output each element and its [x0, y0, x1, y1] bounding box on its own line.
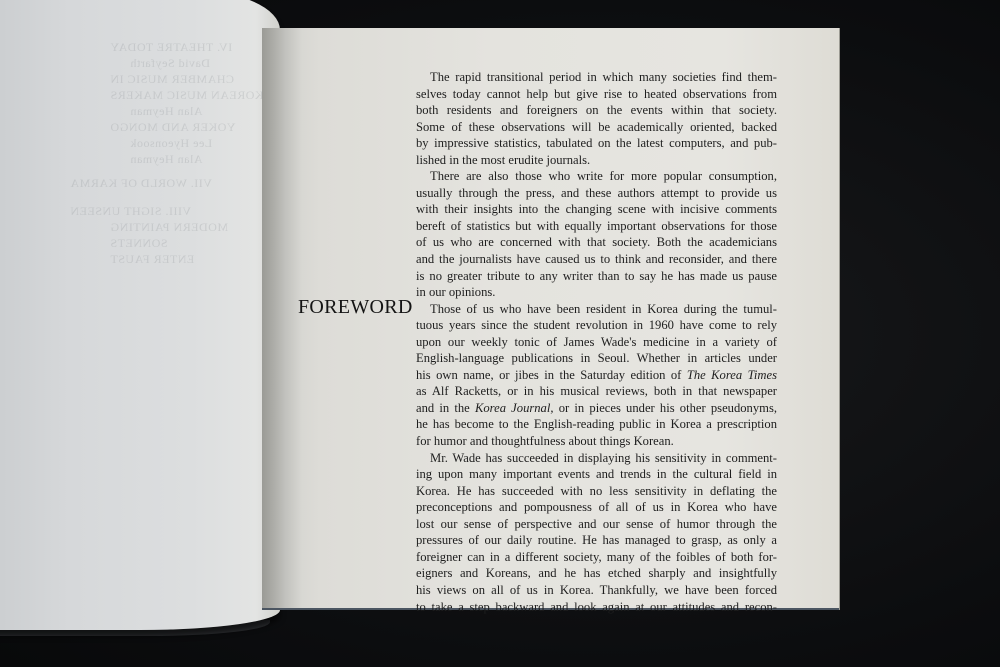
show-through-line: Alan Heyman — [130, 104, 202, 119]
text-line: both residents and foreigners on the eve… — [416, 102, 777, 119]
show-through-line: Alan Heyman — [130, 152, 202, 167]
show-through-line: David Seyfarth — [130, 56, 210, 71]
show-through-line: MODERN PAINTING — [110, 220, 228, 235]
text-line: as Alf Racketts, or in his musical revie… — [416, 383, 777, 400]
text-line: lost our sense of perspective and our se… — [416, 516, 777, 533]
show-through-line: SONNETS — [110, 236, 168, 251]
text-line: Those of us who have been resident in Ko… — [416, 301, 777, 318]
page-heading: FOREWORD — [298, 296, 413, 319]
paragraph-2: There are also those who write for more … — [416, 168, 777, 300]
show-through-line: KOREAN MUSIC MAKERS — [110, 88, 264, 103]
text-line: ing upon many important events and trend… — [416, 466, 777, 483]
text-line: pressures of our daily routine. He has m… — [416, 532, 777, 549]
text-segment: and in the — [416, 401, 470, 415]
gutter-shadow — [262, 28, 302, 608]
text-line: bereft of statistics but with equally im… — [416, 218, 777, 235]
text-line: Korea. He has succeeded with no less sen… — [416, 483, 777, 500]
show-through-line: YOKER AND MONGO — [110, 120, 236, 135]
text-line: preconceptions and pompousness of all of… — [416, 499, 777, 516]
show-through-line: VII. WORLD OF KARMA — [70, 176, 212, 191]
text-line: There are also those who write for more … — [416, 168, 777, 185]
show-through-line: Lee Hyeonsook — [130, 136, 212, 151]
text-line: eigners and Koreans, and he has etched s… — [416, 565, 777, 582]
text-line: Mr. Wade has succeeded in displaying his… — [416, 450, 777, 467]
text-line: and the journalists have caused us to th… — [416, 251, 777, 268]
text-line: to take a step backward and look again a… — [416, 599, 777, 616]
show-through-line: CHAMBER MUSIC IN — [110, 72, 234, 87]
text-line: lished in the most erudite journals. — [416, 152, 777, 169]
text-line: of us who are concerned with that societ… — [416, 234, 777, 251]
paragraph-4: Mr. Wade has succeeded in displaying his… — [416, 450, 777, 615]
text-line: usually through the press, and these aut… — [416, 185, 777, 202]
text-segment: his own name, or jibes in the Saturday e… — [416, 368, 681, 382]
text-line: The rapid transitional period in which m… — [416, 69, 777, 86]
text-line: upon our weekly tonic of James Wade's me… — [416, 334, 777, 351]
left-page: IV. THEATRE TODAY David Seyfarth CHAMBER… — [0, 0, 280, 630]
paragraph-1: The rapid transitional period in which m… — [416, 69, 777, 168]
text-line: for humor and thoughtfulness about thing… — [416, 433, 777, 450]
paragraph-3: Those of us who have been resident in Ko… — [416, 301, 777, 450]
foreword-body: The rapid transitional period in which m… — [416, 69, 777, 615]
text-line: his views on all of us in Korea. Thankfu… — [416, 582, 777, 599]
text-line: in our opinions. — [416, 284, 777, 301]
italic-title-korea-journal: Korea Journal, — [475, 401, 554, 415]
show-through-line: IV. THEATRE TODAY — [110, 40, 232, 55]
italic-title-korea-times: The Korea Times — [687, 368, 777, 382]
text-segment: or in pieces under his other pseudonyms, — [559, 401, 777, 415]
text-line: and in the Korea Journal, or in pieces u… — [416, 400, 777, 417]
show-through-line: ENTER FAUST — [110, 252, 194, 267]
show-through-line: VIII. SIGHT UNSEEN — [70, 204, 191, 219]
text-line: is no greater tribute to any writer than… — [416, 268, 777, 285]
text-line: English-language publications in Seoul. … — [416, 350, 777, 367]
text-line: tuous years since the student revolution… — [416, 317, 777, 334]
text-line: with their insights into the changing sc… — [416, 201, 777, 218]
text-line: by impressive statistics, tabulated on t… — [416, 135, 777, 152]
text-line: his own name, or jibes in the Saturday e… — [416, 367, 777, 384]
text-line: he has become to the English-reading pub… — [416, 416, 777, 433]
text-line: Some of these observations will be acade… — [416, 119, 777, 136]
text-line: foreigner can in a different society, ma… — [416, 549, 777, 566]
text-line: selves today cannot help but give rise t… — [416, 86, 777, 103]
